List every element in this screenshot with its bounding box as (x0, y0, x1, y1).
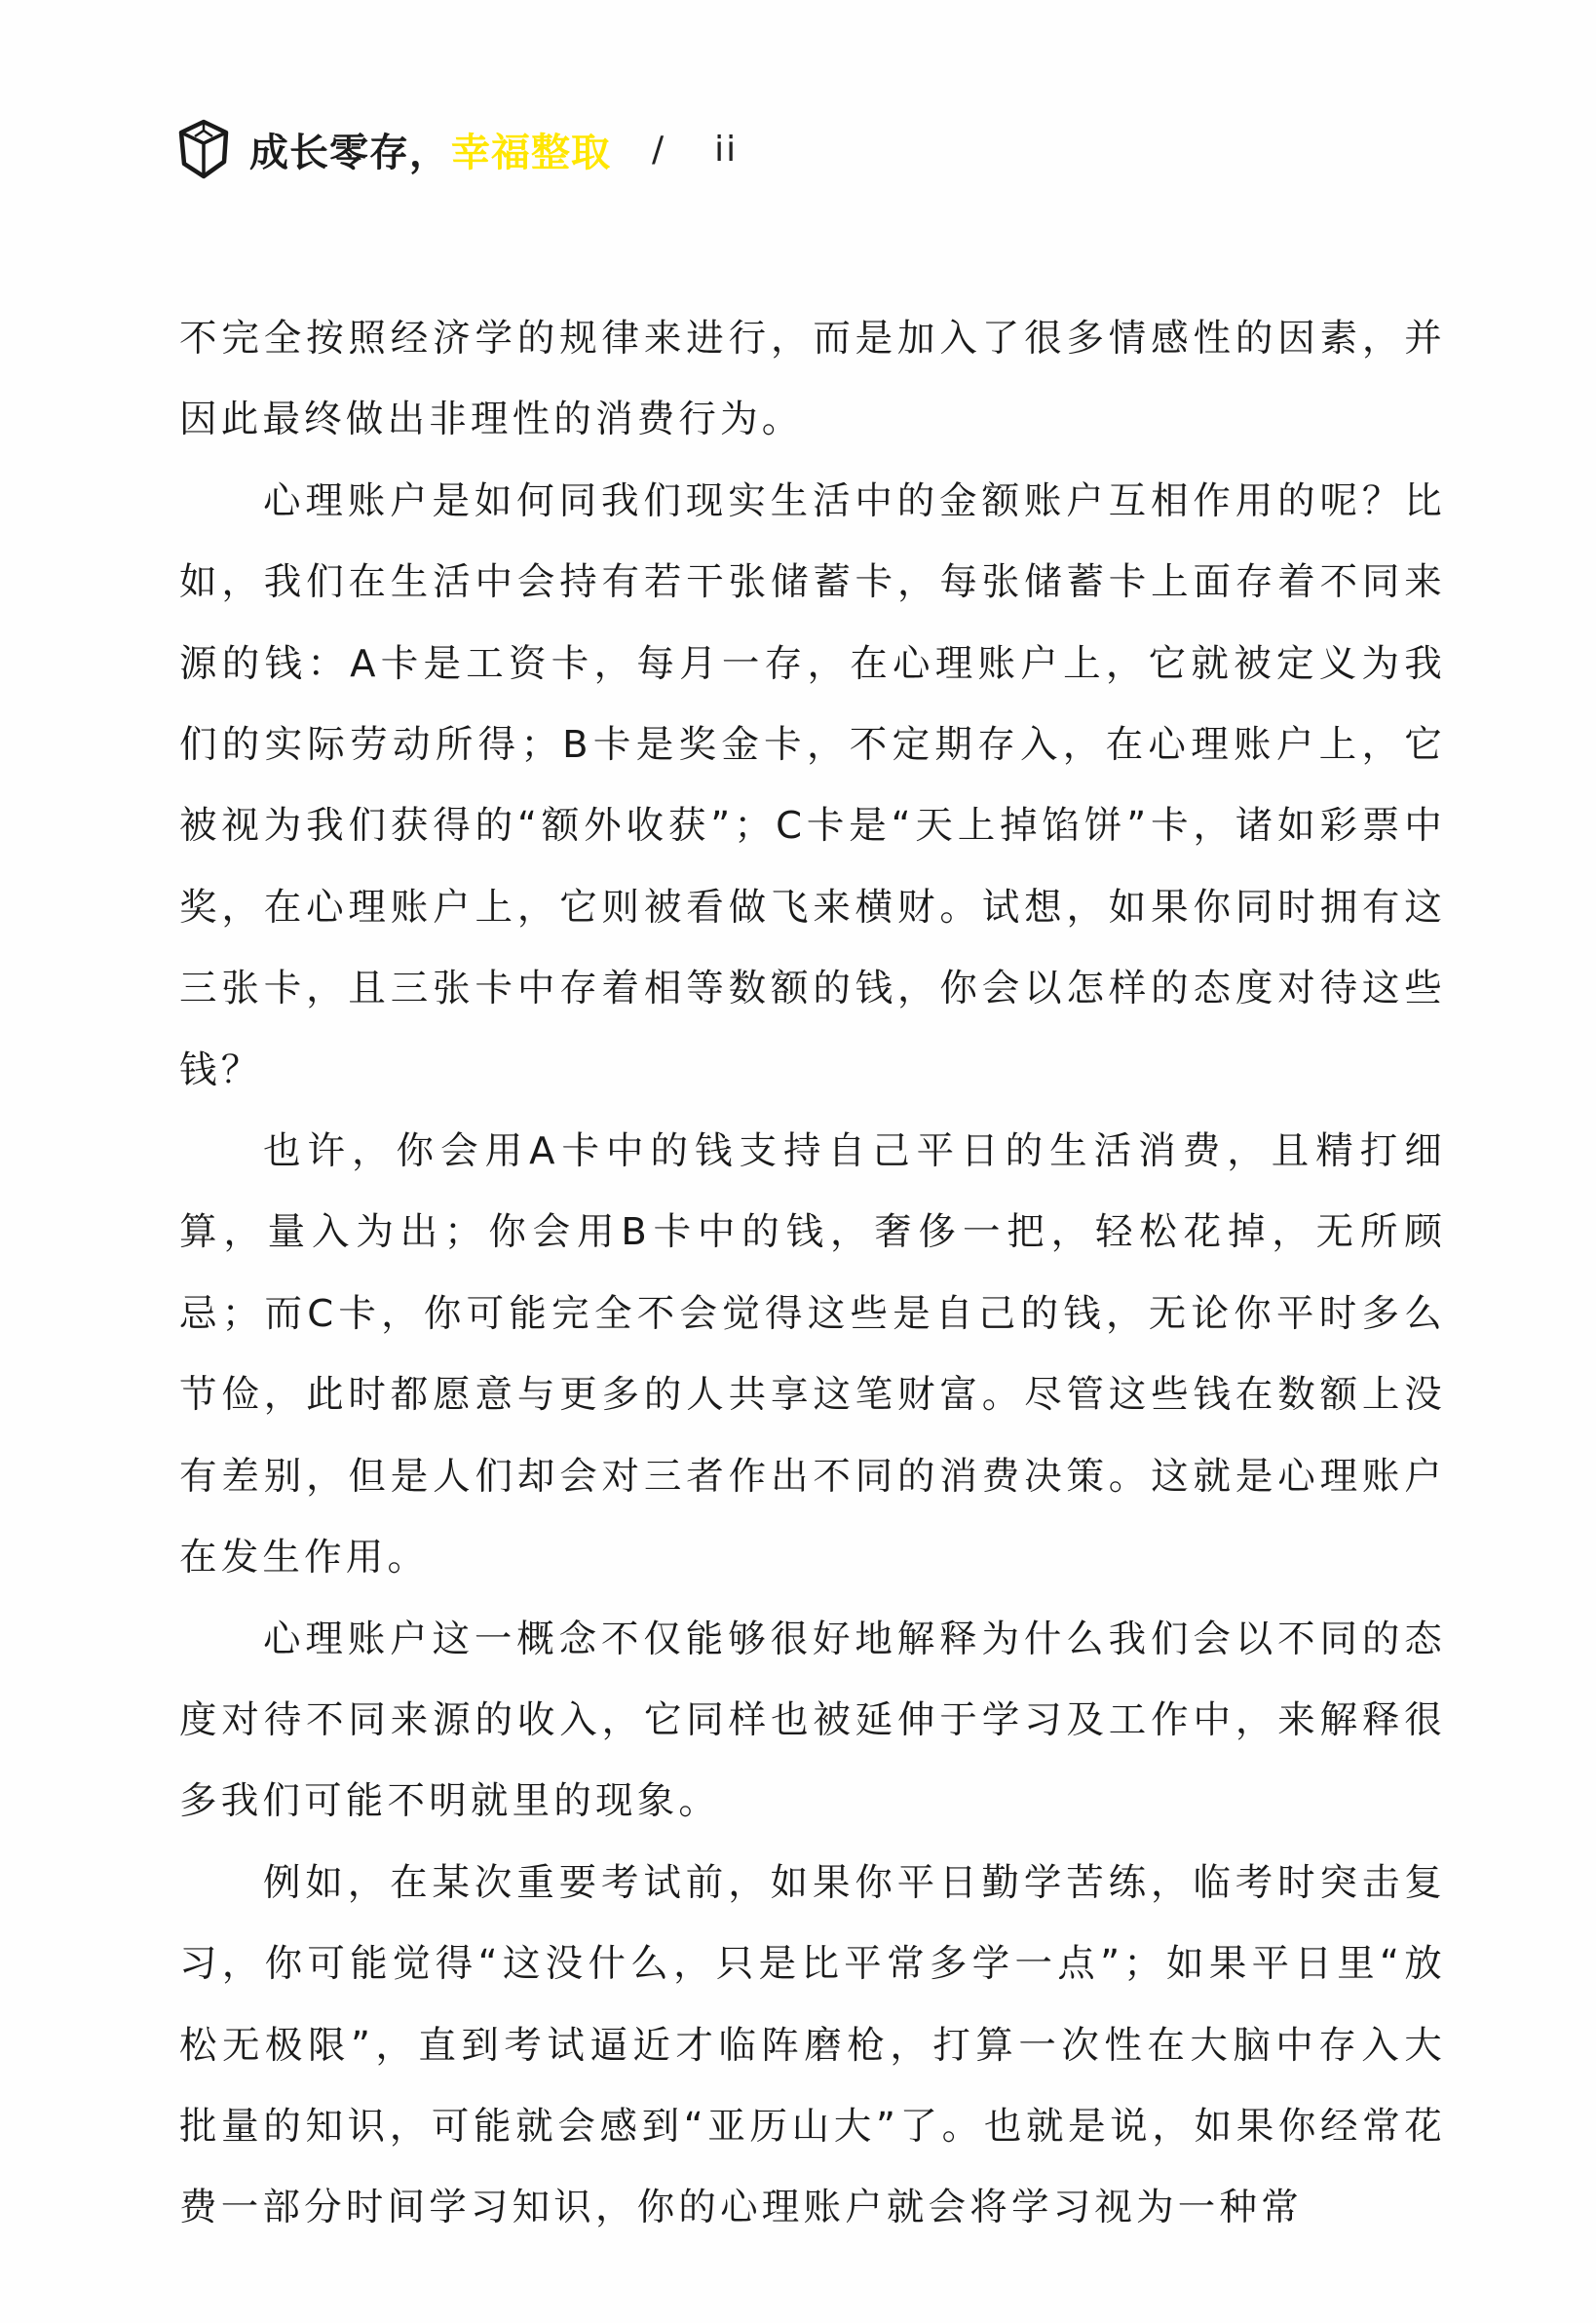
paragraph-1: 不完全按照经济学的规律来进行，而是加入了很多情感性的因素，并因此最终做出非理性的… (179, 298, 1446, 461)
paragraph-3: 也许，你会用A卡中的钱支持自己平日的生活消费，且精打细算，量入为出；你会用B卡中… (179, 1111, 1446, 1598)
cube-icon (175, 117, 232, 181)
book-title-highlight: 幸福整取 (451, 122, 611, 177)
paragraph-2: 心理账户是如何同我们现实生活中的金额账户互相作用的呢？比如，我们在生活中会持有若… (179, 461, 1446, 1111)
running-header: 成长零存， 幸福整取 / ii (175, 115, 738, 183)
page-number: ii (714, 130, 738, 170)
paragraph-5: 例如，在某次重要考试前，如果你平日勤学苦练，临考时突击复习，你可能觉得“这没什么… (179, 1843, 1446, 2249)
paragraph-4: 心理账户这一概念不仅能够很好地解释为什么我们会以不同的态度对待不同来源的收入，它… (179, 1599, 1446, 1843)
header-separator: / (652, 130, 664, 170)
book-title: 成长零存， (249, 122, 449, 177)
body-text: 不完全按照经济学的规律来进行，而是加入了很多情感性的因素，并因此最终做出非理性的… (179, 298, 1446, 2249)
